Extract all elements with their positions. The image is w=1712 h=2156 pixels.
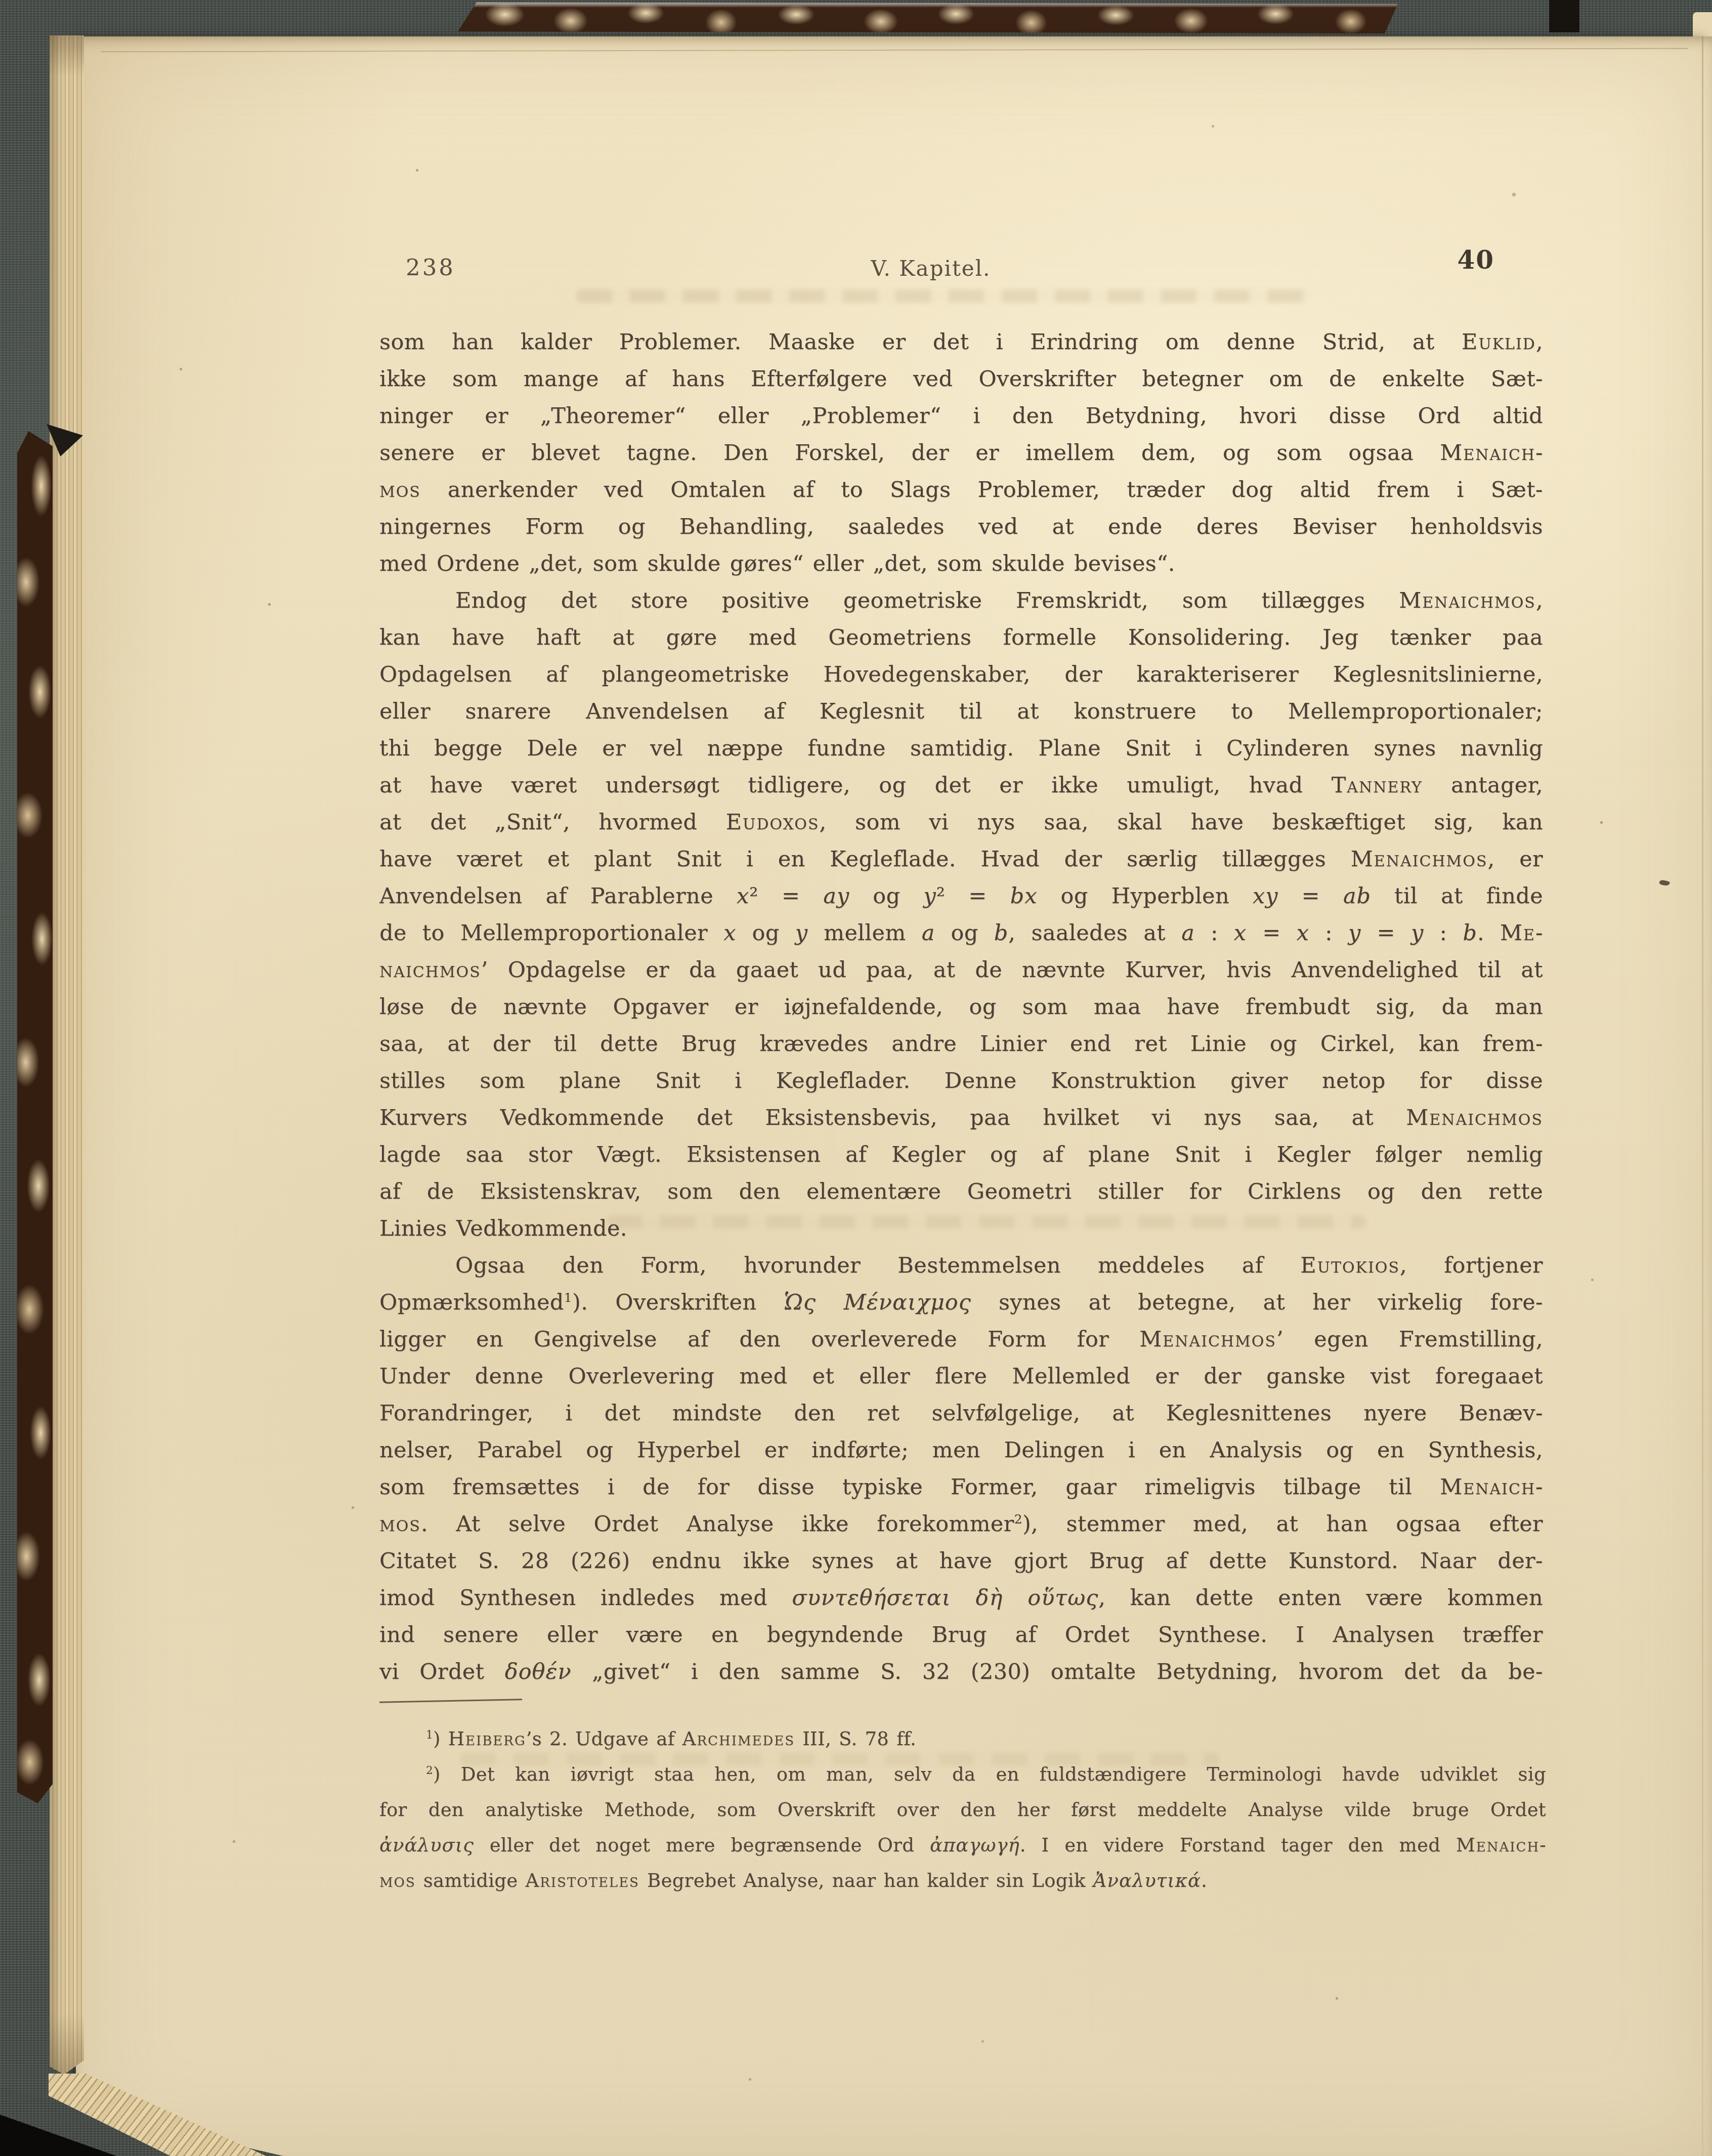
text-line: thi begge Dele er vel næppe fundne samti…: [379, 730, 1543, 767]
text-line: de to Mellemproportionaler x og y mellem…: [379, 915, 1543, 952]
showthrough-ghost: [577, 289, 1310, 303]
text-line: vi Ordet δοθέν „givet“ i den samme S. 32…: [379, 1654, 1543, 1690]
text-line: Under denne Overlevering med et eller fl…: [379, 1358, 1543, 1395]
text-line: mos samtidige Aristoteles Begrebet Analy…: [379, 1863, 1546, 1898]
text-line: Anvendelsen af Parablerne x² = ay og y² …: [379, 878, 1543, 915]
underpage-edge-line: [1702, 36, 1703, 2156]
margin-ink-mark: [1659, 879, 1670, 887]
text-line: Linies Vedkommende.: [379, 1210, 1543, 1247]
text-line: mos. At selve Ordet Analyse ikke forekom…: [379, 1506, 1543, 1543]
text-line: ind senere eller være en begyndende Brug…: [379, 1617, 1543, 1654]
text-line: Forandringer, i det mindste den ret selv…: [379, 1395, 1543, 1432]
paragraph: Endog det store positive geometriske Fre…: [379, 582, 1543, 1247]
body-text: som han kalder Problemer. Maaske er det …: [379, 324, 1543, 1690]
marbled-edge-top: [458, 2, 1398, 33]
text-line: imod Synthesen indledes med συντεθήσεται…: [379, 1580, 1543, 1617]
book-photo: { "palette": { "cover_cloth": "#474d48",…: [0, 0, 1712, 2156]
text-line: ningernes Form og Behandling, saaledes v…: [379, 509, 1543, 545]
text-line: stilles som plane Snit i Kegleflader. De…: [379, 1063, 1543, 1100]
text-line: saa, at der til dette Brug krævedes andr…: [379, 1026, 1543, 1063]
page-top-crease: [101, 48, 1688, 53]
footnotes: 1) Heiberg’s 2. Udgave af Archimedes III…: [379, 1721, 1546, 1898]
text-line: som fremsættes i de for disse typiske Fo…: [379, 1469, 1543, 1506]
text-line: have været et plant Snit i en Kegleflade…: [379, 841, 1543, 878]
cover-strap-top-right: [1549, 0, 1579, 32]
text-line: mos anerkender ved Omtalen af to Slags P…: [379, 472, 1543, 509]
text-line: løse de nævnte Opgaver er iøjnefaldende,…: [379, 989, 1543, 1026]
text-line: ligger en Gengivelse af den overleverede…: [379, 1321, 1543, 1358]
text-line: at have været undersøgt tidligere, og de…: [379, 767, 1543, 804]
header-folio-number: 40: [1457, 245, 1494, 275]
header-chapter-title: V. Kapitel.: [871, 256, 991, 281]
page-edge-sliver-top-right: [1693, 12, 1712, 38]
text-line: ikke som mange af hans Efterfølgere ved …: [379, 361, 1543, 398]
page-header: 238 V. Kapitel. 40: [379, 251, 1543, 286]
text-line: ἀνάλυσις eller det noget mere begrænsend…: [379, 1828, 1546, 1863]
text-line: Ogsaa den Form, hvorunder Bestemmelsen m…: [379, 1247, 1543, 1284]
text-line: ninger er „Theoremer“ eller „Problemer“ …: [379, 398, 1543, 435]
text-line: som han kalder Problemer. Maaske er det …: [379, 324, 1543, 361]
text-line: Kurvers Vedkommende det Eksistensbevis, …: [379, 1100, 1543, 1136]
book-page: 238 V. Kapitel. 40 som han kalder Proble…: [76, 36, 1712, 2156]
text-line: at det „Snit“, hvormed Eudoxos, som vi n…: [379, 804, 1543, 841]
paragraph: som han kalder Problemer. Maaske er det …: [379, 324, 1543, 582]
text-line: nelser, Parabel og Hyperbel er indførte;…: [379, 1432, 1543, 1469]
text-line: med Ordene „det, som skulde gøres“ eller…: [379, 545, 1543, 582]
text-line: 2) Det kan iøvrigt staa hen, om man, sel…: [379, 1757, 1546, 1792]
text-line: Opmærksomhed1). Overskriften Ὡς Μέναιχμο…: [379, 1284, 1543, 1321]
text-line: 1) Heiberg’s 2. Udgave af Archimedes III…: [379, 1721, 1546, 1757]
text-line: senere er blevet tagne. Den Forskel, der…: [379, 435, 1543, 472]
text-line: af de Eksistenskrav, som den elementære …: [379, 1173, 1543, 1210]
text-line: kan have haft at gøre med Geometriens fo…: [379, 619, 1543, 656]
text-line: for den analytiske Methode, som Overskri…: [379, 1792, 1546, 1828]
text-line: lagde saa stor Vægt. Eksistensen af Kegl…: [379, 1136, 1543, 1173]
header-page-number: 238: [406, 254, 455, 281]
footnote-separator: [379, 1699, 522, 1703]
text-line: Opdagelsen af plangeometriske Hovedegens…: [379, 656, 1543, 693]
text-line: Endog det store positive geometriske Fre…: [379, 582, 1543, 619]
paragraph: Ogsaa den Form, hvorunder Bestemmelsen m…: [379, 1247, 1543, 1690]
page-stack-edge-left: [50, 35, 84, 2075]
marbled-edge-left: [17, 431, 53, 1803]
text-line: Citatet S. 28 (226) endnu ikke synes at …: [379, 1543, 1543, 1580]
text-line: naichmos’ Opdagelse er da gaaet ud paa, …: [379, 952, 1543, 989]
text-line: eller snarere Anvendelsen af Keglesnit t…: [379, 693, 1543, 730]
